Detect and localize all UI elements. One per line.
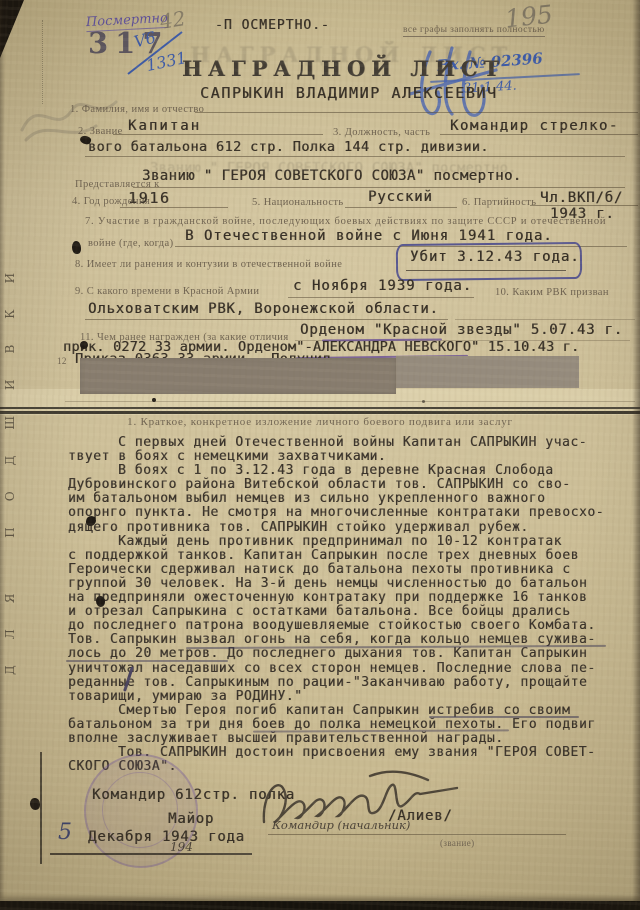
body-line: и отрезал Сапрыкина с остатками батальон… bbox=[68, 605, 634, 619]
section-heading: 1. Краткое, конкретное изложение личного… bbox=[0, 416, 640, 428]
ink-underline-20-meters bbox=[66, 660, 228, 662]
ink-blob bbox=[30, 798, 40, 810]
field-value-party-1: Чл.ВКП/б/ bbox=[540, 190, 623, 206]
field-label-party: 6. Партийность bbox=[462, 197, 536, 208]
body-line: товарищи, умираю за РОДИНУ." bbox=[68, 690, 634, 704]
left-edge-shadow bbox=[0, 0, 5, 910]
printed-year: 194 bbox=[170, 840, 193, 854]
body-line: Дубровинского района Витебской области т… bbox=[68, 478, 634, 492]
field-label-nationality: 5. Национальность bbox=[252, 197, 344, 208]
field-value-nationality: Русский bbox=[368, 189, 433, 205]
recipient-name: САПРЫКИН ВЛАДИМИР АЛЕКСЕЕВИЧ bbox=[200, 84, 498, 102]
body-line: С первых дней Отечественной войны Капита… bbox=[68, 436, 634, 450]
field-label-war-participation-1: 7. Участие в гражданской войне, последую… bbox=[85, 216, 606, 227]
redaction-block-left bbox=[80, 358, 396, 394]
field-value-rank: Капитан bbox=[128, 118, 201, 134]
body-line: опорнго пункта. Не смотря на многочислен… bbox=[68, 506, 634, 520]
field-value-service-since: с Ноября 1939 года. bbox=[293, 278, 472, 294]
body-line: Героически сдерживал натиск до батальона… bbox=[68, 563, 634, 577]
ink-dot bbox=[152, 398, 156, 402]
body-line: уничтожал наседавших со всех сторон немц… bbox=[68, 662, 634, 676]
field-value-war-participation: В Отечественной войне с Июня 1941 года. bbox=[185, 228, 553, 244]
field-value-position-2: вого батальона 612 стр. Полка 144 стр. д… bbox=[88, 139, 489, 155]
body-line: реданные тов. Сапрыкиным по рации-"Закан… bbox=[68, 676, 634, 690]
field-value-killed: Убит 3.12.43 года. bbox=[410, 249, 580, 265]
body-line: на предприняли ожесточенную контратаку п… bbox=[68, 591, 634, 605]
field-label-12: 12 bbox=[57, 356, 67, 366]
date-text: Декабря 1943 года bbox=[88, 829, 245, 845]
body-line: В боях с 1 по 3.12.43 года в деревне Кра… bbox=[68, 464, 634, 478]
pencil-check-mark: 42 bbox=[158, 6, 187, 34]
section-divider-top bbox=[0, 407, 640, 409]
body-line: группой 30 человек. На 3-й день немцы чи… bbox=[68, 577, 634, 591]
bottom-edge bbox=[0, 901, 640, 910]
body-line: с поддержкой танков. Капитан Сапрыкин по… bbox=[68, 549, 634, 563]
pencil-page-number: 195 bbox=[504, 0, 554, 33]
body-line: им батальоном выбил немцев из сильно укр… bbox=[68, 492, 634, 506]
body-line: Каждый день противник предпринимал по 10… bbox=[68, 535, 634, 549]
field-value-position-1: Командир стрелко- bbox=[450, 118, 619, 134]
body-line: вполне заслуживает высшей правительствен… bbox=[68, 732, 634, 746]
approver-rank-caption: (звание) bbox=[440, 838, 475, 848]
field-value-prior-awards-1: Орденом "Красной звезды" 5.07.43 г. bbox=[300, 322, 623, 338]
citation-body: С первых дней Отечественной войны Капита… bbox=[68, 436, 634, 774]
ink-dot bbox=[422, 400, 425, 403]
field-label-wounds: 8. Имеет ли ранения и контузии в отечест… bbox=[75, 259, 342, 270]
field-label-name: 1. Фамилия, имя и отчество bbox=[70, 104, 204, 115]
body-line: твует в боях с немецкими захватчиками. bbox=[68, 450, 634, 464]
field-value-drafted-by: Ольховатским РВК, Воронежской области. bbox=[88, 301, 439, 317]
fold-line bbox=[40, 752, 42, 864]
typed-posthumous-label: -П ОСМЕРТНО.- bbox=[215, 18, 330, 33]
margin-dotted-line bbox=[42, 20, 43, 104]
document-title: НАГРАДНОЙ ЛИСТ bbox=[182, 56, 505, 81]
redaction-block-right bbox=[396, 356, 579, 388]
field-label-position: 3. Должность, часть bbox=[333, 127, 430, 138]
ink-underline-having-destroyed bbox=[429, 716, 579, 718]
margin-vertical-text: ДЛЯ ПОДШИВКИ bbox=[3, 175, 17, 675]
right-edge-shadow bbox=[632, 0, 640, 910]
approver-name: /Алиев/ bbox=[388, 808, 453, 824]
body-line: до последнего патрона воодушевляемые сто… bbox=[68, 619, 634, 633]
ink-blob bbox=[80, 341, 88, 349]
section-divider-bottom bbox=[0, 411, 640, 414]
ink-blob bbox=[72, 241, 81, 254]
commander-rank: Майор bbox=[168, 811, 214, 827]
field-value-birth-year: 1916 bbox=[128, 189, 171, 207]
field-value-presented-for: Званию " ГЕРОЯ СОВЕТСКОГО СОЮЗА" посмерт… bbox=[142, 168, 522, 184]
ink-blob bbox=[96, 596, 105, 607]
body-line: дящего противника тов. САПРЫКИН стойко у… bbox=[68, 521, 634, 535]
field-label-drafted-by: 10. Каким РВК призван bbox=[495, 287, 609, 298]
field-label-service-since: 9. С какого времени в Красной Армии bbox=[75, 286, 259, 297]
signature-mark bbox=[252, 760, 467, 845]
award-sheet-page: Посмертно 317 V6 1331 42 -П ОСМЕРТНО.- в… bbox=[0, 0, 640, 910]
date-day-handwritten: 5 bbox=[58, 820, 72, 845]
field-label-war-participation-2: войне (где, когда) bbox=[88, 238, 174, 249]
